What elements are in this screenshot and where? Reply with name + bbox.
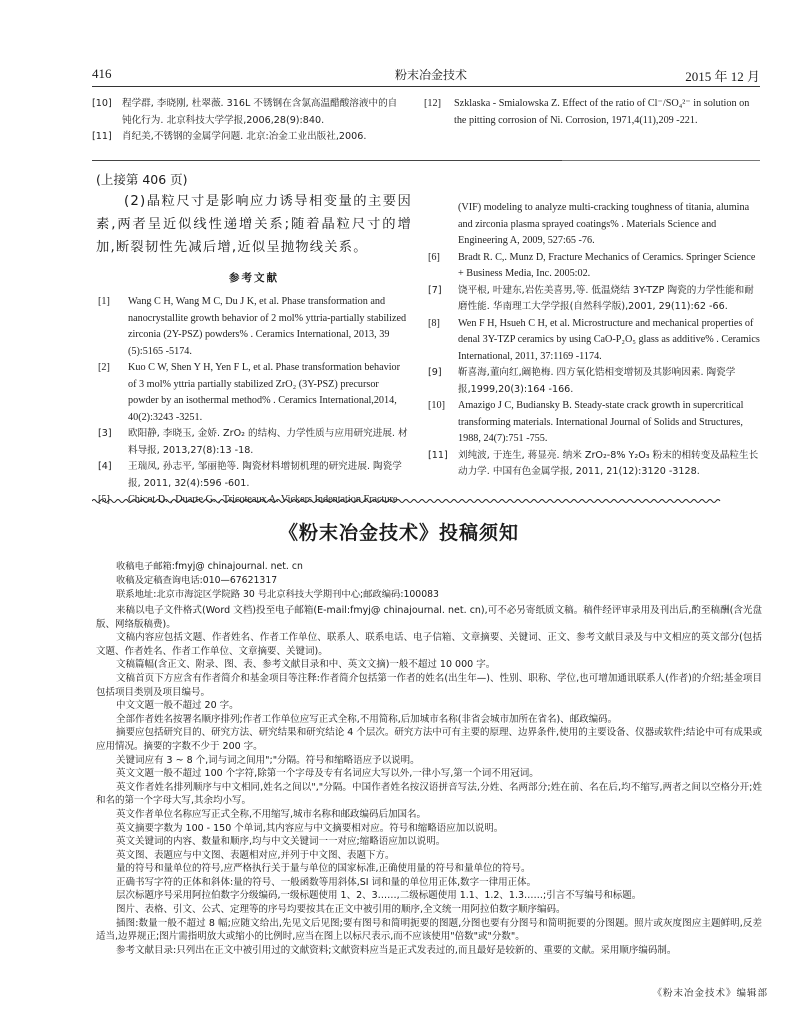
guideline-paragraph: 来稿以电子文件格式(Word 文档)投至电子邮箱(E-mail:fmyj@ ch… (96, 604, 762, 631)
reference-item: [9]靳喜海,董向红,阚艳梅. 四方氧化锆相变增韧及其影响因素. 陶瓷学报,19… (428, 365, 762, 398)
notice-title: 《粉末冶金技术》投稿须知 (0, 518, 798, 545)
guideline-paragraph: 英文摘要字数为 100 - 150 个单词,其内容应与中文摘要相对应。符号和缩略… (96, 822, 762, 836)
guideline-paragraph: 英文关键词的内容、数量和顺序,均与中文关键词一一对应;缩略语应加以说明。 (96, 835, 762, 849)
guideline-paragraph: 全部作者姓名按署名顺序排列;作者工作单位应写正式全称,不用简称,后加城市名称(非… (96, 713, 762, 727)
guideline-paragraph: 英文作者姓名排列顺序与中文相同,姓名之间以","分隔。中国作者姓名按汉语拼音写法… (96, 781, 762, 808)
issue-date: 2015 年 12 月 (685, 66, 760, 85)
section-rule (562, 160, 760, 161)
running-header: 416 粉末冶金技术 2015 年 12 月 (92, 66, 770, 84)
conclusion-text: (2)晶粒尺寸是影响应力诱导相变量的主要因素,两者呈近似线性递增关系;随着晶粒尺… (96, 190, 412, 259)
reference-item: [10]Amazigo J C, Budiansky B. Steady-sta… (428, 398, 762, 448)
mailing-address: 联系地址:北京市海淀区学院路 30 号北京科技大学期刊中心;邮政编码:10008… (116, 588, 439, 602)
reference-item: [12]Szklaska - Smialowska Z. Effect of t… (424, 96, 764, 129)
guideline-paragraph: 英文图、表题应与中文图、表题相对应,并列于中文图、表题下方。 (96, 849, 762, 863)
reference-item: [2]Kuo C W, Shen Y H, Yen F L, et al. Ph… (98, 360, 408, 426)
editorial-signature: 《粉末冶金技术》编辑部 (652, 985, 768, 999)
guideline-paragraph: 量的符号和量单位的符号,应严格执行关于量与单位的国家标准,正确使用量的符号和量单… (96, 862, 762, 876)
reference-item: [3]欧阳静, 李晓玉, 金娇. ZrO₂ 的结构、力学性质与应用研究进展. 材… (98, 426, 408, 459)
guideline-paragraph: 插图:数量一般不超过 8 幅;应随文给出,先见文后见图;要有图号和简明扼要的图题… (96, 917, 762, 944)
header-rule (92, 86, 760, 87)
reference-item: [11]刘纯波, 于连生, 蒋显亮. 纳米 ZrO₂-8% Y₂O₃ 粉末的相转… (428, 448, 762, 481)
journal-page: 416 粉末冶金技术 2015 年 12 月 [10]程学群, 李晓刚, 杜翠薇… (0, 0, 798, 1029)
guideline-paragraph: 英文作者单位名称应写正式全称,不用缩写,城市名称和邮政编码后加国名。 (96, 808, 762, 822)
reference-item: [10]程学群, 李晓刚, 杜翠薇. 316L 不锈钢在含氯高温醋酸溶液中的自钝… (92, 96, 402, 129)
guideline-paragraph: 摘要应包括研究目的、研究方法、研究结果和研究结论 4 个层次。研究方法中可有主要… (96, 726, 762, 753)
top-references-left: [10]程学群, 李晓刚, 杜翠薇. 316L 不锈钢在含氯高温醋酸溶液中的自钝… (92, 96, 402, 146)
guideline-paragraph: 关键词应有 3 ~ 8 个,词与词之间用";"分隔。符号和缩略语应予以说明。 (96, 754, 762, 768)
guideline-paragraph: 中文文题一般不超过 20 字。 (96, 699, 762, 713)
guideline-paragraph: 参考文献目录:只列出在正文中被引用过的文献资料;文献资料应当是正式发表过的,而且… (96, 944, 762, 958)
reference-item: [6]Bradt R. C,. Munz D, Fracture Mechani… (428, 250, 762, 283)
reference-item: [11]肖纪美,不锈钢的金属学问题. 北京:冶金工业出版社,2006. (92, 129, 402, 146)
reference-item: [4]王瑞凤, 孙志平, 邹丽艳等. 陶瓷材料增韧机理的研究进展. 陶瓷学报, … (98, 459, 408, 492)
reference-item: [1]Wang C H, Wang M C, Du J K, et al. Ph… (98, 294, 408, 360)
contact-info: 收稿电子邮箱:fmyj@ chinajournal. net. cn 收稿及定稿… (116, 560, 439, 602)
references-left-column: [1]Wang C H, Wang M C, Du J K, et al. Ph… (98, 294, 408, 509)
guideline-paragraph: 正确书写字符的正体和斜体:量的符号、一般函数等用斜体,SI 词和量的单位用正体,… (96, 876, 762, 890)
guideline-paragraph: 文稿首页下方应含有作者简介和基金项目等注释:作者简介包括第一作者的姓名(出生年—… (96, 672, 762, 699)
reference-item-continued: (VIF) modeling to analyze multi-cracking… (428, 200, 762, 250)
guideline-paragraph: 英文文题一般不超过 100 个字符,除第一个字母及专有名词应大写以外,一律小写,… (96, 767, 762, 781)
guideline-paragraph: 层次标题序号采用阿拉伯数字分级编码,一级标题使用 1、2、3……,二级标题使用 … (96, 889, 762, 903)
reference-item: [8]Wen F H, Hsueh C H, et al. Microstruc… (428, 316, 762, 366)
guideline-paragraph: 文稿内容应包括文题、作者姓名、作者工作单位、联系人、联系电话、电子信箱、文章摘要… (96, 631, 762, 658)
submission-guidelines: 来稿以电子文件格式(Word 文档)投至电子邮箱(E-mail:fmyj@ ch… (96, 604, 762, 957)
references-heading: 参考文献 (96, 270, 412, 285)
journal-name: 粉末冶金技术 (92, 66, 770, 83)
inquiry-phone: 收稿及定稿查询电话:010—67621317 (116, 574, 439, 588)
guideline-paragraph: 图片、表格、引文、公式、定理等的序号均要按其在正文中被引用的顺序,全文统一用阿拉… (96, 903, 762, 917)
top-references-right: [12]Szklaska - Smialowska Z. Effect of t… (424, 96, 764, 129)
submission-email: 收稿电子邮箱:fmyj@ chinajournal. net. cn (116, 560, 439, 574)
wavy-separator (92, 497, 760, 505)
reference-item: [7]饶平根, 叶建东,岩佐美喜男,等. 低温烧结 3Y-TZP 陶瓷的力学性能… (428, 283, 762, 316)
section-rule (92, 160, 562, 161)
references-right-column: (VIF) modeling to analyze multi-cracking… (428, 200, 762, 481)
guideline-paragraph: 文稿篇幅(含正文、附录、图、表、参考文献目录和中、英文文摘)一般不超过 10 0… (96, 658, 762, 672)
continued-from-label: (上接第 406 页) (96, 170, 188, 188)
